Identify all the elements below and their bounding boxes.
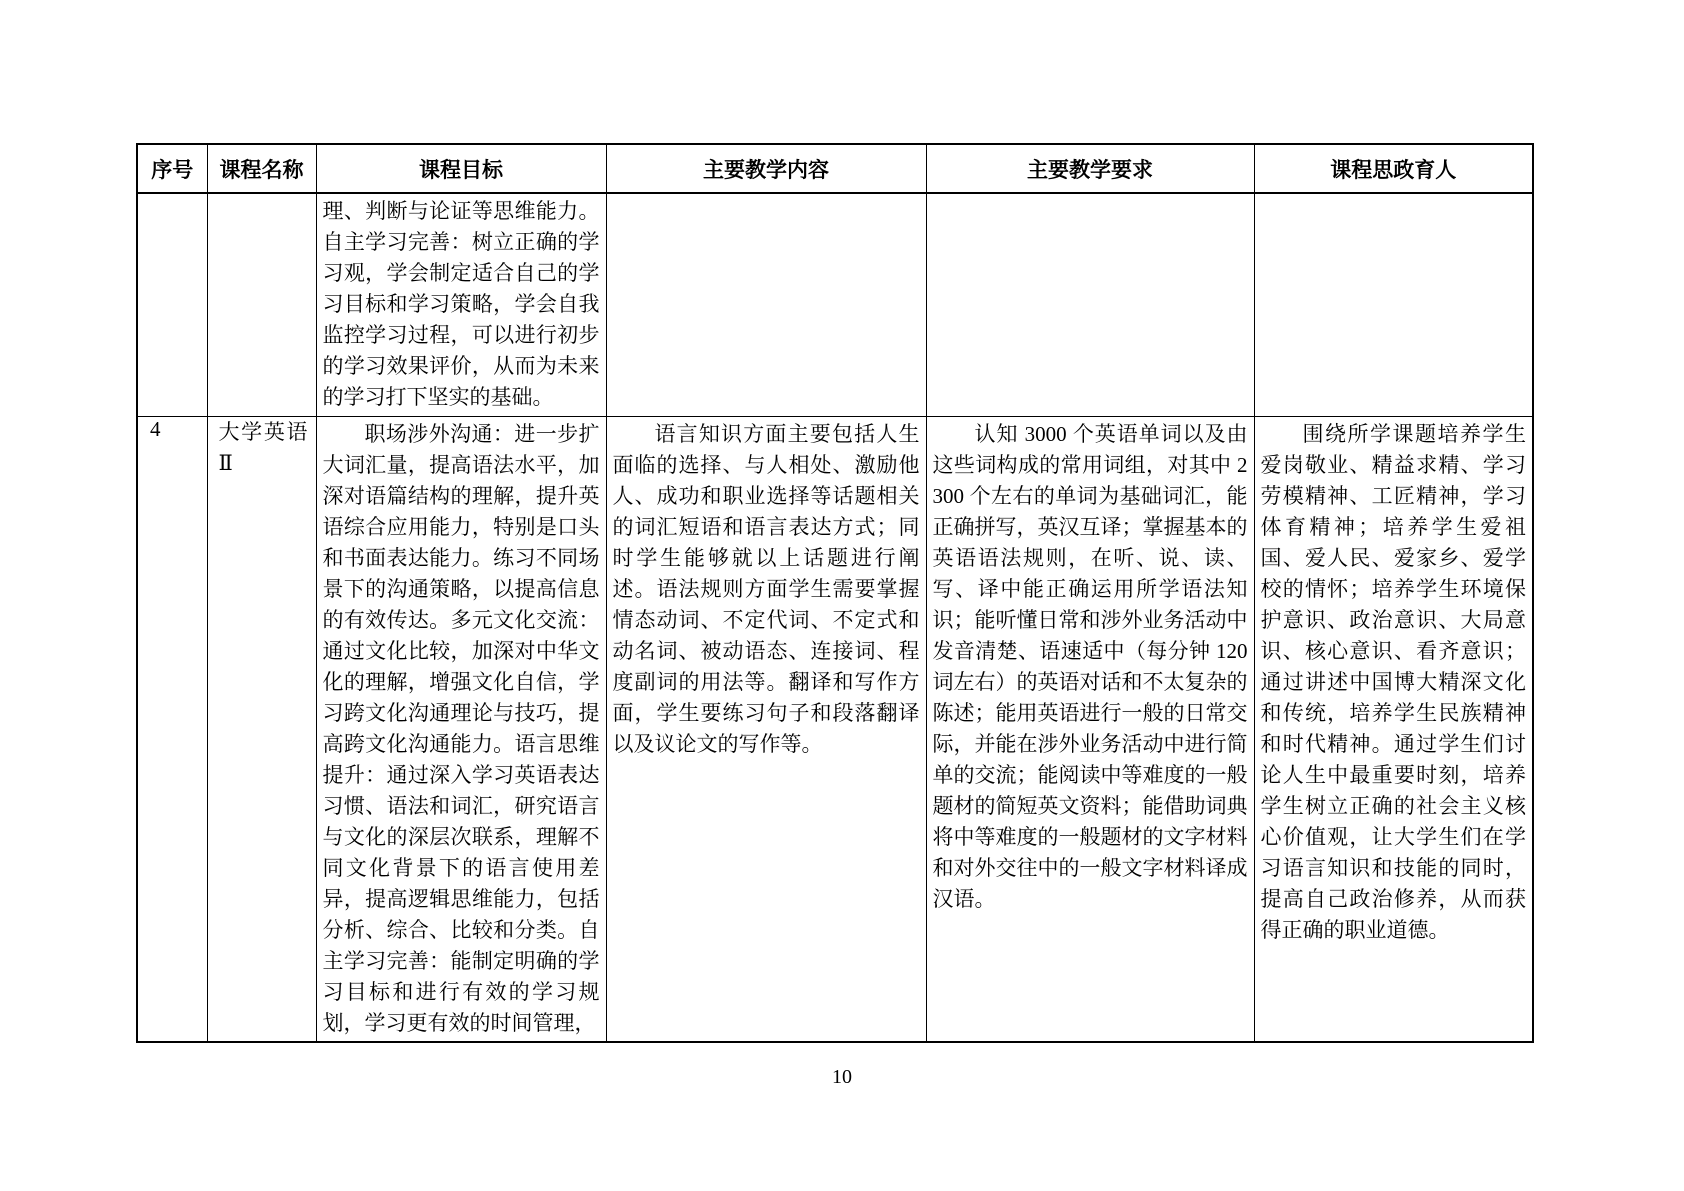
header-cell-objectives: 课程目标 xyxy=(316,144,606,193)
cell-seq: 4 xyxy=(137,417,207,1043)
header-cell-ideology-education: 课程思政育人 xyxy=(1254,144,1533,193)
ideology-education-text: 围绕所学课题培养学生爱岗敬业、精益求精、学习劳模精神、工匠精神，学习体育精神；培… xyxy=(1255,417,1533,946)
cell-course-name xyxy=(207,193,316,417)
table-header-row: 序号 课程名称 课程目标 主要教学内容 主要教学要求 课程思政育人 xyxy=(137,144,1533,193)
course-syllabus-table: 序号 课程名称 课程目标 主要教学内容 主要教学要求 课程思政育人 理、判断与论… xyxy=(136,143,1534,1043)
document-page: 序号 课程名称 课程目标 主要教学内容 主要教学要求 课程思政育人 理、判断与论… xyxy=(0,0,1684,1191)
cell-course-name: 大学英语Ⅱ xyxy=(207,417,316,1043)
ideology-education-text xyxy=(1255,194,1533,196)
cell-teaching-content: 语言知识方面主要包括人生面临的选择、与人相处、激励他人、成功和职业选择等话题相关… xyxy=(606,417,926,1043)
page-number: 10 xyxy=(0,1066,1684,1089)
cell-ideology-education xyxy=(1254,193,1533,417)
objectives-text: 理、判断与论证等思维能力。自主学习完善：树立正确的学习观，学会制定适合自己的学习… xyxy=(317,194,606,413)
cell-ideology-education: 围绕所学课题培养学生爱岗敬业、精益求精、学习劳模精神、工匠精神，学习体育精神；培… xyxy=(1254,417,1533,1043)
teaching-content-text xyxy=(607,194,926,196)
header-cell-teaching-content: 主要教学内容 xyxy=(606,144,926,193)
teaching-requirements-text: 认知 3000 个英语单词以及由这些词构成的常用词组，对其中 2300 个左右的… xyxy=(927,417,1254,915)
cell-teaching-requirements: 认知 3000 个英语单词以及由这些词构成的常用词组，对其中 2300 个左右的… xyxy=(926,417,1254,1043)
header-cell-teaching-requirements: 主要教学要求 xyxy=(926,144,1254,193)
cell-teaching-requirements xyxy=(926,193,1254,417)
cell-objectives: 职场涉外沟通：进一步扩大词汇量，提高语法水平，加深对语篇结构的理解，提升英语综合… xyxy=(316,417,606,1043)
cell-teaching-content xyxy=(606,193,926,417)
objectives-text: 职场涉外沟通：进一步扩大词汇量，提高语法水平，加深对语篇结构的理解，提升英语综合… xyxy=(317,417,606,1038)
header-cell-course-name: 课程名称 xyxy=(207,144,316,193)
teaching-requirements-text xyxy=(927,194,1254,196)
cell-objectives: 理、判断与论证等思维能力。自主学习完善：树立正确的学习观，学会制定适合自己的学习… xyxy=(316,193,606,417)
teaching-content-text: 语言知识方面主要包括人生面临的选择、与人相处、激励他人、成功和职业选择等话题相关… xyxy=(607,417,926,760)
table-row-course-4: 4 大学英语Ⅱ 职场涉外沟通：进一步扩大词汇量，提高语法水平，加深对语篇结构的理… xyxy=(137,417,1533,1043)
cell-seq xyxy=(137,193,207,417)
header-cell-seq: 序号 xyxy=(137,144,207,193)
table-row-continuation: 理、判断与论证等思维能力。自主学习完善：树立正确的学习观，学会制定适合自己的学习… xyxy=(137,193,1533,417)
